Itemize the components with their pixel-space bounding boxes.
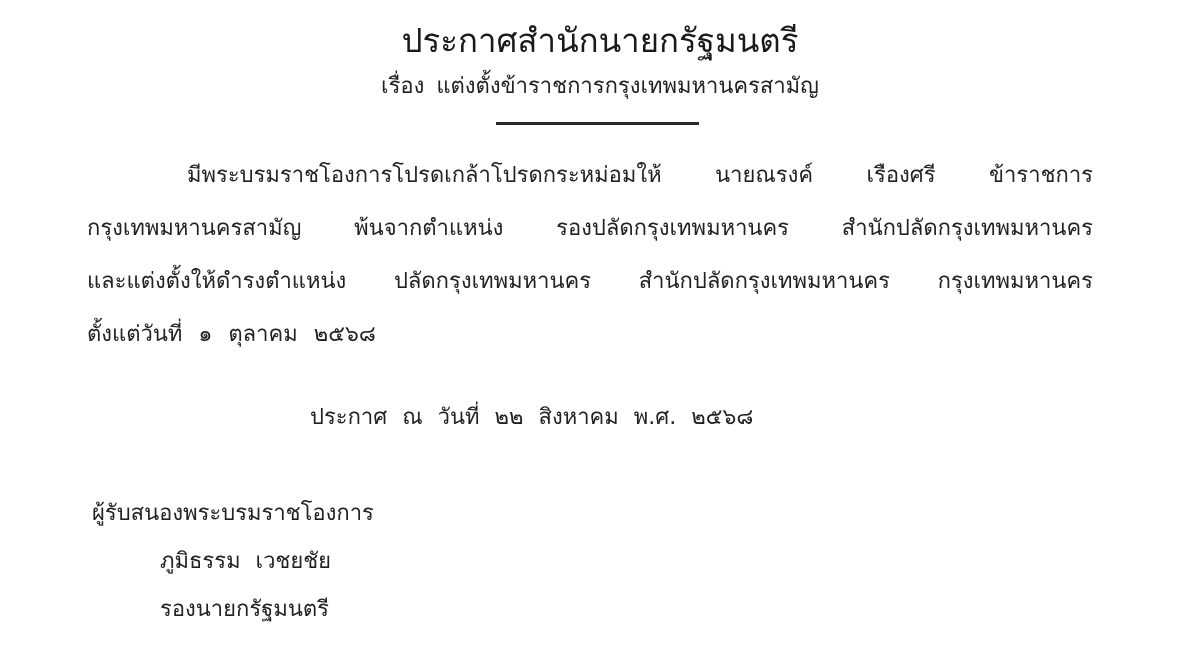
announcement-date: ประกาศ ณ วันที่ ๒๒ สิงหาคม พ.ศ. ๒๕๖๘ bbox=[310, 398, 753, 438]
countersignature-block: ผู้รับสนองพระบรมราชโองการ ภูมิธรรม เวชยช… bbox=[92, 494, 374, 638]
body-text: และแต่งตั้งให้ดำรงตำแหน่ง bbox=[87, 262, 346, 315]
body-text: ตั้งแต่วันที่ bbox=[87, 315, 182, 368]
body-text: ข้าราชการ bbox=[989, 156, 1093, 209]
body-line-3: และแต่งตั้งให้ดำรงตำแหน่ง ปลัดกรุงเทพมหา… bbox=[87, 262, 1093, 315]
countersign-position: รองนายกรัฐมนตรี bbox=[92, 590, 374, 638]
subject-text: แต่งตั้งข้าราชการกรุงเทพมหานครสามัญ bbox=[436, 74, 819, 99]
body-text: พ้นจากตำแหน่ง bbox=[354, 209, 503, 262]
announcement-body: มีพระบรมราชโองการโปรดเกล้าโปรดกระหม่อมให… bbox=[87, 156, 1093, 368]
appointee-last-name: เรืองศรี bbox=[867, 156, 936, 209]
body-line-1: มีพระบรมราชโองการโปรดเกล้าโปรดกระหม่อมให… bbox=[87, 156, 1093, 209]
countersign-name: ภูมิธรรม เวชยชัย bbox=[92, 542, 374, 590]
document-subject: เรื่องแต่งตั้งข้าราชการกรุงเทพมหานครสามั… bbox=[0, 70, 1200, 104]
appointee-first-name: นายณรงค์ bbox=[715, 156, 813, 209]
countersign-label: ผู้รับสนองพระบรมราชโองการ bbox=[92, 494, 374, 542]
previous-position: รองปลัดกรุงเทพมหานคร bbox=[556, 209, 789, 262]
body-line-2: กรุงเทพมหานครสามัญ พ้นจากตำแหน่ง รองปลัด… bbox=[87, 209, 1093, 262]
document-title: ประกาศสำนักนายกรัฐมนตรี bbox=[0, 18, 1200, 64]
effective-year: ๒๕๖๘ bbox=[314, 315, 376, 368]
body-line-4: ตั้งแต่วันที่ ๑ ตุลาคม ๒๕๖๘ bbox=[87, 315, 1093, 368]
effective-month: ตุลาคม bbox=[228, 315, 297, 368]
previous-office: สำนักปลัดกรุงเทพมหานคร bbox=[842, 209, 1093, 262]
new-position: ปลัดกรุงเทพมหานคร bbox=[394, 262, 591, 315]
body-text: มีพระบรมราชโองการโปรดเกล้าโปรดกระหม่อมให… bbox=[187, 156, 662, 209]
subject-prefix: เรื่อง bbox=[381, 74, 424, 99]
new-office: สำนักปลัดกรุงเทพมหานคร bbox=[639, 262, 890, 315]
body-text: กรุงเทพมหานครสามัญ bbox=[87, 209, 301, 262]
effective-day: ๑ bbox=[198, 315, 212, 368]
title-divider bbox=[496, 122, 699, 125]
announcement-page: ประกาศสำนักนายกรัฐมนตรี เรื่องแต่งตั้งข้… bbox=[0, 0, 1200, 672]
new-organization: กรุงเทพมหานคร bbox=[938, 262, 1093, 315]
